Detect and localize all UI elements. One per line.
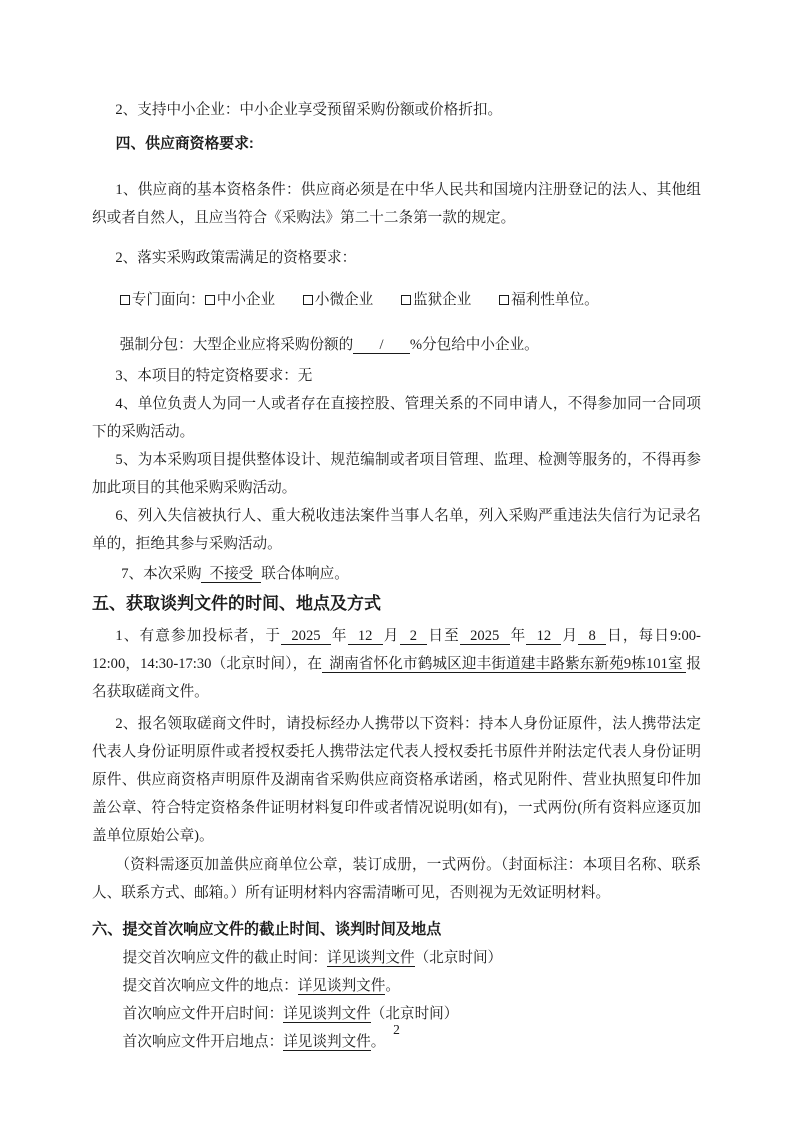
- date-unit: 月: [561, 628, 578, 644]
- date-unit: 日至: [427, 628, 460, 644]
- submission-location-row: 提交首次响应文件的地点：详见谈判文件。: [92, 972, 701, 1000]
- checkbox-empty-icon: [303, 295, 313, 305]
- row-suffix: 。: [385, 978, 400, 994]
- paragraph-dishonest-list: 6、列入失信被执行人、重大税收违法案件当事人名单，列入采购严重违法失信行为记录名…: [92, 502, 701, 558]
- section-number: 四、: [116, 136, 146, 152]
- checkbox-empty-icon: [205, 295, 215, 305]
- section-title: 供应商资格要求:: [145, 136, 254, 152]
- paragraph-registration-materials: 2、报名领取磋商文件时，请投标经办人携带以下资料：持本人身份证原件，法人携带法定…: [92, 710, 701, 850]
- paragraph-same-responsible-person: 4、单位负责人为同一人或者存在直接控股、管理关系的不同申请人，不得参加同一合同项…: [92, 390, 701, 446]
- subcontract-text: 强制分包：大型企业应将采购份额的: [120, 337, 354, 353]
- fill-in-registration-address: 湖南省怀化市鹤城区迎丰街道建丰路紫东新苑9栋101室: [322, 656, 686, 673]
- consortium-text: 联合体响应。: [261, 566, 349, 582]
- date-unit: 月: [383, 628, 400, 644]
- checkbox-label: 福利性单位。: [511, 292, 599, 308]
- date-unit: 年: [510, 628, 527, 644]
- paragraph-policy-qualification: 2、落实采购政策需满足的资格要求：: [92, 244, 701, 272]
- paragraph-materials-note: （资料需逐页加盖供应商单位公章，装订成册，一式两份。（封面标注：本项目名称、联系…: [92, 851, 701, 907]
- checkbox-item-sme: 中小企业: [205, 292, 275, 308]
- checkbox-label: 小微企业: [315, 292, 373, 308]
- document-page: 2、支持中小企业：中小企业享受预留采购份额或价格折扣。 四、供应商资格要求: 1…: [0, 0, 793, 1122]
- section-heading-submission-deadline: 六、提交首次响应文件的截止时间、谈判时间及地点: [92, 916, 701, 944]
- checkbox-empty-icon: [120, 295, 130, 305]
- paragraph-design-service-restriction: 5、为本采购项目提供整体设计、规范编制或者项目管理、监理、检测等服务的，不得再参…: [92, 446, 701, 502]
- row-label: 提交首次响应文件的地点：: [123, 978, 298, 994]
- checkbox-item-welfare: 福利性单位。: [499, 292, 599, 308]
- fill-in-year-start: 2025: [281, 628, 331, 645]
- fill-in-day-end: 8: [578, 628, 606, 645]
- date-text: 1、有意参加投标者，于: [115, 628, 281, 644]
- checkbox-item-micro: 小微企业: [303, 292, 373, 308]
- consortium-accept-value: 不接受: [201, 566, 261, 583]
- fill-in-month-end: 12: [526, 628, 561, 645]
- date-unit: 年: [331, 628, 348, 644]
- section-heading-supplier-qualification: 四、供应商资格要求:: [92, 130, 701, 158]
- checkbox-item-dedicated: 专门面向：: [120, 292, 205, 308]
- checkbox-row: 专门面向：中小企业小微企业监狱企业福利性单位。: [92, 286, 701, 314]
- subcontract-text: %分包给中小企业。: [410, 337, 539, 353]
- consortium-text: 7、本次采购: [121, 566, 201, 582]
- checkbox-label: 专门面向：: [132, 292, 205, 308]
- checkbox-item-prison: 监狱企业: [401, 292, 471, 308]
- checkbox-empty-icon: [401, 295, 411, 305]
- checkbox-label: 监狱企业: [413, 292, 471, 308]
- paragraph-mandatory-subcontract: 强制分包：大型企业应将采购份额的/%分包给中小企业。: [92, 331, 701, 359]
- fill-in-year-end: 2025: [460, 628, 510, 645]
- row-suffix: （北京时间）: [415, 950, 503, 966]
- section-heading-obtain-documents: 五、获取谈判文件的时间、地点及方式: [92, 588, 701, 620]
- page-number: 2: [0, 1020, 793, 1040]
- fill-in-blank-percentage: /: [353, 337, 410, 354]
- paragraph-basic-qualification: 1、供应商的基本资格条件：供应商必须是在中华人民共和国境内注册登记的法人、其他组…: [92, 176, 701, 232]
- paragraph-msme-support: 2、支持中小企业：中小企业享受预留采购份额或价格折扣。: [92, 96, 701, 124]
- fill-in-month-start: 12: [348, 628, 383, 645]
- paragraph-consortium: 7、本次采购不接受联合体响应。: [92, 560, 701, 588]
- see-negotiation-document-ref: 详见谈判文件: [327, 950, 415, 967]
- row-label: 提交首次响应文件的截止时间：: [123, 950, 327, 966]
- paragraph-specific-qualification: 3、本项目的特定资格要求：无: [92, 362, 701, 390]
- checkbox-label: 中小企业: [217, 292, 275, 308]
- submission-deadline-row: 提交首次响应文件的截止时间：详见谈判文件（北京时间）: [92, 944, 701, 972]
- see-negotiation-document-ref: 详见谈判文件: [298, 978, 386, 995]
- fill-in-day-start: 2: [400, 628, 428, 645]
- paragraph-registration-period: 1、有意参加投标者，于2025年12月2日至2025年12月8日，每日9:00-…: [92, 622, 701, 706]
- checkbox-empty-icon: [499, 295, 509, 305]
